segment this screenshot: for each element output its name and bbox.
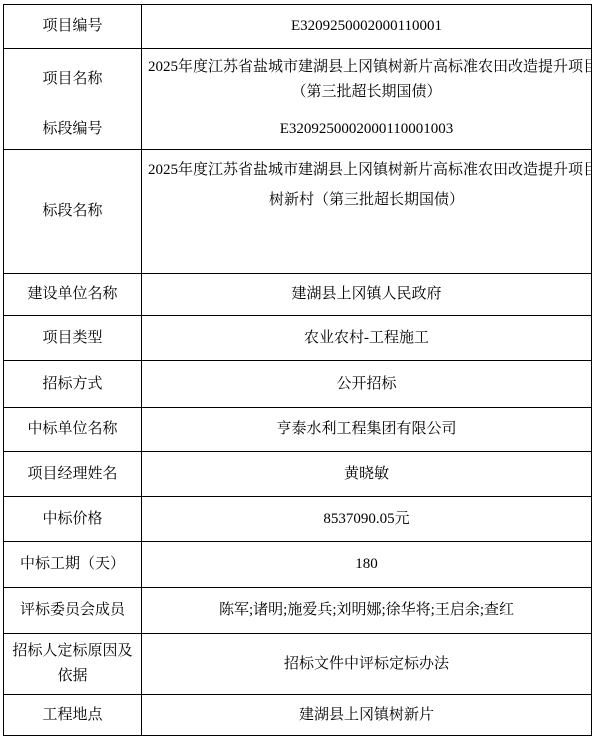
table-row-project-manager: 项目经理姓名 黄晓敏 xyxy=(4,452,592,497)
row-label: 中标工期（天） xyxy=(4,542,142,588)
row-label: 建设单位名称 xyxy=(4,274,142,316)
row-value: E3209250002000110001 xyxy=(142,5,592,49)
row-label: 项目编号 xyxy=(4,5,142,49)
page: 项目编号 E3209250002000110001 项目名称 2025年度江苏省… xyxy=(0,0,596,742)
table-row-tender-method: 招标方式 公开招标 xyxy=(4,361,592,408)
row-label: 项目经理姓名 xyxy=(4,452,142,497)
row-label: 工程地点 xyxy=(4,695,142,736)
row-label: 招标方式 xyxy=(4,361,142,408)
bid-result-table: 项目编号 E3209250002000110001 项目名称 2025年度江苏省… xyxy=(3,4,592,736)
row-value: 2025年度江苏省盐城市建湖县上冈镇树新片高标准农田改造提升项目 （第三批超长期… xyxy=(142,49,592,111)
value-line: 树新村（第三批超长期国债） xyxy=(148,185,585,215)
row-label: 中标价格 xyxy=(4,497,142,542)
row-value: 建湖县上冈镇人民政府 xyxy=(142,274,592,316)
value-line: 2025年度江苏省盐城市建湖县上冈镇树新片高标准农田改造提升项目 xyxy=(148,55,585,80)
table-row-project-location: 工程地点 建湖县上冈镇树新片 xyxy=(4,695,592,736)
table-row-section-name: 标段名称 2025年度江苏省盐城市建湖县上冈镇树新片高标准农田改造提升项目-- … xyxy=(4,150,592,274)
table-row-project-name: 项目名称 2025年度江苏省盐城市建湖县上冈镇树新片高标准农田改造提升项目 （第… xyxy=(4,49,592,111)
row-label: 中标单位名称 xyxy=(4,408,142,452)
row-label: 项目名称 xyxy=(4,49,142,111)
row-label: 招标人定标原因及依据 xyxy=(4,634,142,695)
row-label: 标段编号 xyxy=(4,111,142,150)
value-line: 2025年度江苏省盐城市建湖县上冈镇树新片高标准农田改造提升项目-- xyxy=(148,155,585,185)
row-value: 建湖县上冈镇树新片 xyxy=(142,695,592,736)
table-row-owner-unit: 建设单位名称 建湖县上冈镇人民政府 xyxy=(4,274,592,316)
table-row-evaluation-committee: 评标委员会成员 陈军;诸明;施爱兵;刘明娜;徐华将;王启余;查红 xyxy=(4,588,592,634)
table-row-section-number: 标段编号 E3209250002000110001003 xyxy=(4,111,592,150)
row-value: 2025年度江苏省盐城市建湖县上冈镇树新片高标准农田改造提升项目-- 树新村（第… xyxy=(142,150,592,274)
row-value: 亨泰水利工程集团有限公司 xyxy=(142,408,592,452)
row-label: 项目类型 xyxy=(4,316,142,361)
table-row-winning-price: 中标价格 8537090.05元 xyxy=(4,497,592,542)
row-value: 180 xyxy=(142,542,592,588)
table-row-duration-days: 中标工期（天） 180 xyxy=(4,542,592,588)
table-row-award-basis: 招标人定标原因及依据 招标文件中评标定标办法 xyxy=(4,634,592,695)
row-value: E3209250002000110001003 xyxy=(142,111,592,150)
table-row-project-number: 项目编号 E3209250002000110001 xyxy=(4,5,592,49)
table-row-winning-unit: 中标单位名称 亨泰水利工程集团有限公司 xyxy=(4,408,592,452)
row-value: 招标文件中评标定标办法 xyxy=(142,634,592,695)
table-row-project-type: 项目类型 农业农村-工程施工 xyxy=(4,316,592,361)
row-value: 黄晓敏 xyxy=(142,452,592,497)
row-value: 8537090.05元 xyxy=(142,497,592,542)
row-label: 评标委员会成员 xyxy=(4,588,142,634)
row-value: 公开招标 xyxy=(142,361,592,408)
row-label: 标段名称 xyxy=(4,150,142,274)
row-value: 农业农村-工程施工 xyxy=(142,316,592,361)
value-line: （第三批超长期国债） xyxy=(148,80,585,105)
row-value: 陈军;诸明;施爱兵;刘明娜;徐华将;王启余;查红 xyxy=(142,588,592,634)
